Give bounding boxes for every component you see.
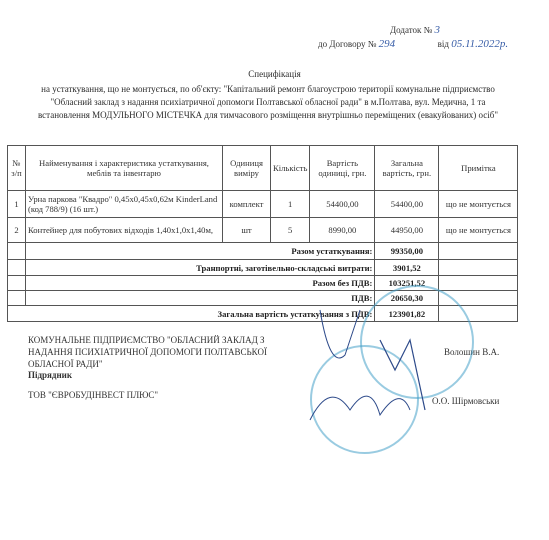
row-num: 2: [8, 218, 26, 243]
header-name: Найменування і характеристика устаткуван…: [26, 146, 223, 191]
header-total: Загальна вартість, грн.: [375, 146, 439, 191]
customer-org: КОМУНАЛЬНЕ ПІДПРИЄМСТВО "ОБЛАСНИЙ ЗАКЛАД…: [28, 334, 298, 370]
total-label: Разом устаткування:: [26, 243, 375, 260]
row-name: Урна паркова "Квадро" 0,45х0,45х0,62м Ki…: [26, 191, 223, 218]
total-value: 3901,52: [375, 260, 439, 276]
contractor-label: Підрядник: [28, 369, 72, 381]
row-total: 54400,00: [375, 191, 439, 218]
header-unit-price: Вартість одиниці, грн.: [310, 146, 375, 191]
row-qty: 5: [271, 218, 310, 243]
contractor-org: ТОВ "ЄВРОБУДІНВЕСТ ПЛЮС": [28, 389, 158, 401]
row-note: що не монтується: [439, 191, 518, 218]
contract-label: до Договору №: [318, 39, 376, 49]
row-unit-price: 54400,00: [310, 191, 375, 218]
contract-number: 294: [379, 38, 396, 50]
row-name: Контейнер для побутових відходів 1,40х1,…: [26, 218, 223, 243]
date-value: 05.11.2022р.: [451, 38, 508, 50]
document-intro: на устаткування, що не монтується, по об…: [28, 83, 508, 122]
row-unit: шт: [223, 218, 271, 243]
total-row: Разом без ПДВ: 103251,52: [8, 276, 518, 291]
row-qty: 1: [271, 191, 310, 218]
header-note: Примітка: [439, 146, 518, 191]
table-header-row: № з/п Найменування і характеристика уста…: [8, 146, 518, 191]
appendix-label: Додаток №: [390, 25, 432, 35]
table-row: 2 Контейнер для побутових відходів 1,40х…: [8, 218, 518, 243]
header-qty: Кількість: [271, 146, 310, 191]
header-unit: Одиниця виміру: [223, 146, 271, 191]
total-value: 99350,00: [375, 243, 439, 260]
row-unit-price: 8990,00: [310, 218, 375, 243]
document-title: Специфікація: [0, 69, 549, 79]
table-row: 1 Урна паркова "Квадро" 0,45х0,45х0,62м …: [8, 191, 518, 218]
row-note: що не монтується: [439, 218, 518, 243]
row-total: 44950,00: [375, 218, 439, 243]
row-unit: комплект: [223, 191, 271, 218]
header-num: № з/п: [8, 146, 26, 191]
signature-scribble-icon: [300, 300, 460, 430]
total-row: Транпортні, заготівельно-складські витра…: [8, 260, 518, 276]
total-row: Разом устаткування: 99350,00: [8, 243, 518, 260]
appendix-number: 3: [435, 24, 441, 36]
date-label: від: [438, 39, 449, 49]
total-label: Транпортні, заготівельно-складські витра…: [26, 260, 375, 276]
appendix-line: Додаток № 3: [390, 24, 440, 36]
total-label: Разом без ПДВ:: [26, 276, 375, 291]
row-num: 1: [8, 191, 26, 218]
contract-line: до Договору № 294 від 05.11.2022р.: [318, 38, 508, 50]
